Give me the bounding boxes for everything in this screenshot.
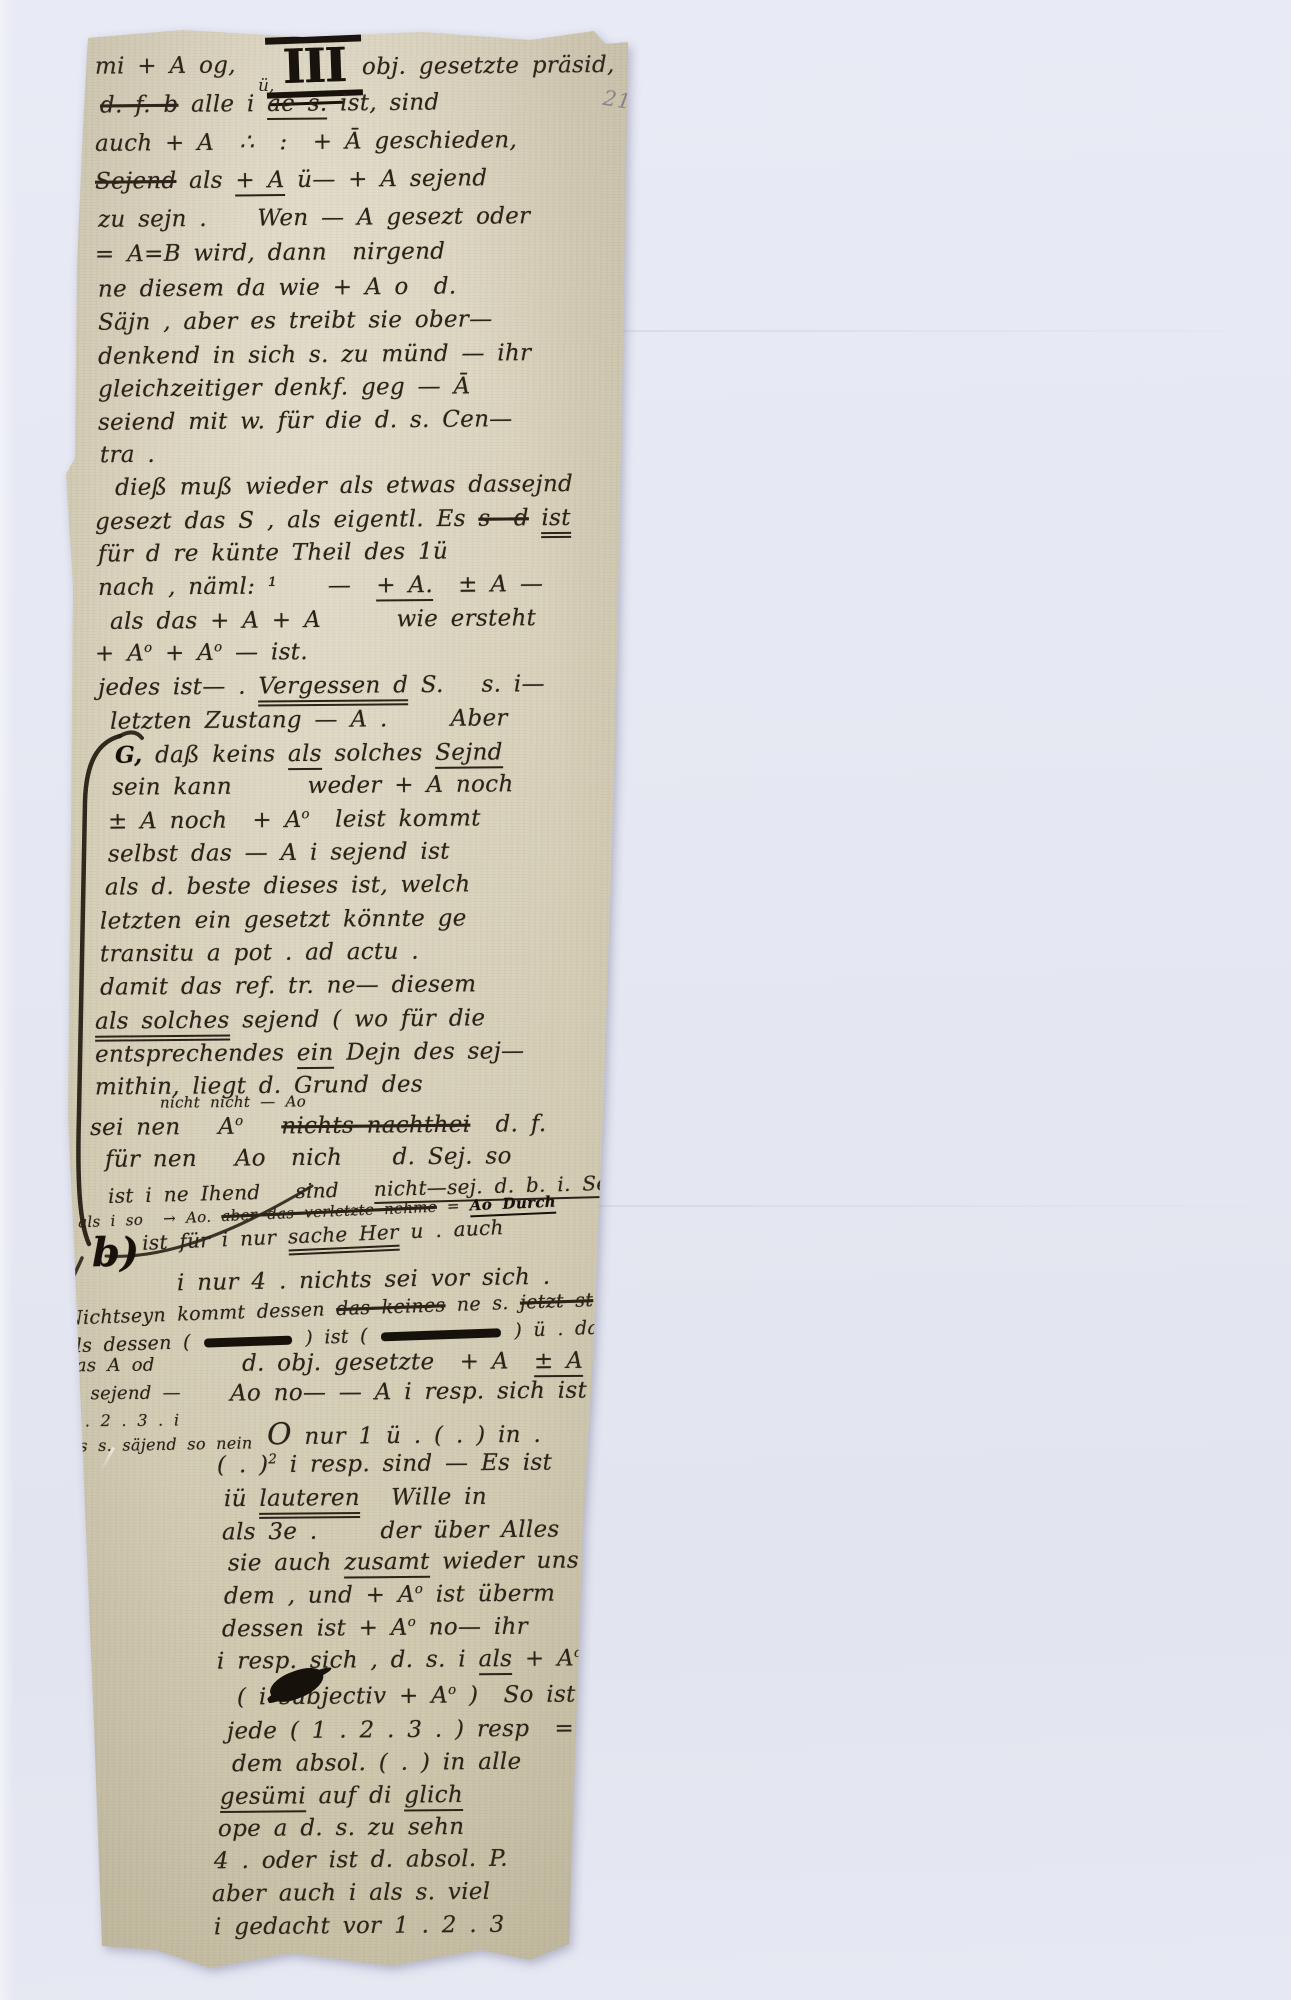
manuscript-line: jedes ist— . Vergessen d S. s. i— <box>98 672 545 701</box>
manuscript-line: ± A noch + Ao leist kommt <box>108 806 481 835</box>
text-segment: gesümi <box>220 1783 306 1813</box>
text-segment: ± A — <box>433 571 543 598</box>
text-segment: nicht nicht — Ao <box>160 1092 306 1111</box>
manuscript-line: mi + A og, <box>95 53 236 80</box>
text-segment: sein kann weder + A noch <box>112 771 514 801</box>
manuscript-line: letzten Zustang — A . Aber <box>110 706 508 735</box>
text-segment: als <box>176 167 235 194</box>
text-segment: Nichtseyn kommt dessen <box>66 1298 337 1329</box>
text-segment: ± A <box>534 1348 583 1377</box>
text-segment: jede ( 1 . 2 . 3 . ) resp = <box>227 1715 574 1744</box>
manuscript-line: Sejend als + A ü— + A sejend <box>95 166 488 195</box>
text-segment: ± A noch + A <box>108 807 302 835</box>
manuscript-line: iü lauteren Wille in <box>224 1485 487 1513</box>
manuscript-line: sein kann weder + A noch <box>112 772 514 801</box>
manuscript-line: dem , und + Ao ist überm <box>224 1582 555 1610</box>
heavy-strikeout-bar <box>204 1335 292 1347</box>
text-segment: G, <box>115 741 143 768</box>
text-segment: als d. beste dieses ist, welch <box>105 871 471 900</box>
manuscript-line: auch + A ∴ : + Ā geschieden, <box>95 128 517 157</box>
text-segment: mi + A og, <box>95 52 236 79</box>
text-segment: i resp. sind — Es ist <box>277 1450 552 1478</box>
text-segment: als dessen ( <box>64 1331 203 1358</box>
text-segment: u . auch <box>398 1215 504 1244</box>
text-segment: ü. f <box>583 1347 653 1374</box>
text-segment: seiend mit w. für die d. s. Cen— <box>98 406 513 436</box>
text-segment: ist überm <box>423 1581 555 1608</box>
manuscript-line: jede ( 1 . 2 . 3 . ) resp = <box>227 1716 574 1744</box>
text-segment: ) So ist <box>456 1682 575 1709</box>
text-segment: iü <box>224 1486 260 1512</box>
text-segment: lauteren <box>259 1485 360 1519</box>
section-heading-roman-numeral: III <box>265 34 363 98</box>
text-segment: + A. <box>376 572 433 601</box>
text-segment: gleichzeitiger denkf. geg — Ā <box>98 373 471 402</box>
text-segment: ) ü . das <box>503 1316 610 1342</box>
text-segment: selbst das — A i sejend ist <box>108 839 450 868</box>
manuscript-line: 1 . 2 . 3 . i <box>64 1411 179 1430</box>
manuscript-line: nicht nicht — Ao <box>160 1093 306 1111</box>
text-segment: = <box>436 1196 470 1215</box>
text-segment: nach , näml: ¹ — <box>98 573 377 601</box>
text-segment: damit das ref. tr. ne— diesem <box>100 971 477 1000</box>
manuscript-line: s. sejend — <box>64 1383 181 1404</box>
manuscript-line: ( . )2 i resp. sind — Es ist <box>217 1451 552 1479</box>
text-segment: als das + A + A wie ersteht <box>110 605 536 635</box>
text-segment: auf di <box>306 1782 405 1809</box>
manuscript-line: sie auch zusamt wieder uns <box>228 1548 579 1576</box>
manuscript-line: seiend mit w. für die d. s. Cen— <box>98 407 513 436</box>
text-segment: dem absol. ( . ) in alle <box>232 1749 522 1778</box>
text-segment: o <box>408 1615 416 1630</box>
text-segment: ist für i nur <box>142 1225 289 1255</box>
text-segment: ist <box>541 505 571 538</box>
manuscript-line: aber auch i als s. viel <box>212 1880 491 1908</box>
text-segment: tra . <box>100 442 155 468</box>
text-segment: Wille in <box>378 1484 487 1511</box>
text-segment: d. f. b <box>100 92 179 119</box>
text-segment: b) <box>92 1229 140 1276</box>
text-segment: sei nen A <box>90 1114 235 1141</box>
text-segment: ne diesem da wie + A o d. <box>98 273 457 302</box>
text-segment: ( i subjectiv + A <box>237 1683 448 1711</box>
text-segment: 4 . oder ist d. absol. P. <box>214 1846 508 1875</box>
text-segment: s—d <box>478 505 529 531</box>
text-segment: glich <box>404 1782 463 1812</box>
text-segment: obj. gesetzte präsid, <box>362 52 615 80</box>
text-segment: aber auch i als s. viel <box>212 1879 491 1907</box>
text-segment: dieß muß wieder als etwas dassejnd <box>115 471 573 501</box>
text-segment: das keines <box>336 1294 446 1320</box>
text-segment: S. s. i— <box>408 671 545 698</box>
text-segment: als 3e . der über Alles <box>222 1517 560 1546</box>
manuscript-line: b) <box>92 1231 140 1275</box>
scan-page: { "document": { "kind": "handwritten man… <box>0 0 1291 2000</box>
text-segment: + A <box>152 640 214 667</box>
text-segment: i nur 4 . nichts sei vor sich . <box>177 1264 551 1297</box>
text-segment: ein <box>297 1040 334 1069</box>
pencil-page-number: 21 <box>601 86 633 114</box>
manuscript-line: O nur 1 ü . ( . ) in . <box>267 1417 541 1452</box>
manuscript-line: sei nen Ao nichts nachthei d. f. <box>90 1112 547 1141</box>
manuscript-line: ope a d. s. zu sehn <box>218 1815 464 1842</box>
text-segment: zusamt <box>344 1549 430 1579</box>
manuscript-line: transitu a pot . ad actu . <box>100 940 419 968</box>
text-segment: denkend in sich s. zu münd — ihr <box>98 340 532 370</box>
manuscript-line: als das + A + A wie ersteht <box>110 606 536 635</box>
text-segment: auch + A ∴ : + Ā geschieden, <box>95 127 517 157</box>
manuscript-line: dieß muß wieder als etwas dassejnd <box>115 472 573 501</box>
manuscript-line: i resp. sich , d. s. i als + Ao <box>217 1646 583 1674</box>
text-segment: + A <box>95 641 144 667</box>
text-segment: Vergessen d <box>258 672 408 706</box>
text-segment: ü— + A sejend <box>284 165 487 193</box>
manuscript-line: tra . <box>100 443 155 469</box>
manuscript-line: entsprechendes ein Dejn des sej— <box>95 1039 525 1068</box>
text-segment: jedes ist— . <box>98 674 259 701</box>
text-segment: Ao Durch <box>469 1193 556 1218</box>
text-segment: o <box>235 1114 243 1129</box>
text-segment: 2 <box>268 1452 277 1467</box>
manuscript-line: obj. gesetzte präsid, <box>362 53 615 80</box>
text-segment <box>360 1485 373 1511</box>
text-segment: d. f. <box>470 1111 546 1138</box>
text-segment: ae s. <box>267 90 328 120</box>
manuscript-line: letzten ein gesetzt könnte ge <box>100 906 467 934</box>
manuscript-line: = A=B wird, dann nirgend <box>95 239 445 267</box>
text-segment: daß keins <box>142 741 288 768</box>
text-segment: Ao no— — A i resp. sich ist . <box>230 1377 607 1406</box>
manuscript-line: dessen ist + Ao no— ihr <box>222 1615 528 1643</box>
manuscript-line: d. obj. gesetzte + A ± A ü. f <box>242 1348 653 1377</box>
manuscript-line: G, daß keins als solches Sejnd <box>115 739 503 769</box>
text-segment: entsprechendes <box>95 1040 297 1068</box>
text-segment: solches <box>322 740 436 767</box>
text-segment: nur 1 ü . ( . ) in . <box>292 1422 541 1450</box>
text-segment: — ist. <box>222 639 308 666</box>
manuscript-line: gesümi auf di glich <box>220 1783 463 1810</box>
text-segment: d. obj. gesetzte + A <box>242 1348 534 1377</box>
manuscript-line: nach , näml: ¹ — + A. ± A — <box>98 572 543 601</box>
manuscript-line: für d re künte Theil des 1ü <box>98 539 448 567</box>
text-segment: für nen Ao nich d. Sej. so <box>105 1143 512 1173</box>
bracket-end-tick <box>71 1258 82 1282</box>
text-segment: jetzt st <box>520 1289 594 1314</box>
paper-surface: III ü, 21 mi + A og,obj. gesetzte präsid… <box>62 26 632 1976</box>
text-segment: sache Her <box>287 1220 399 1256</box>
text-segment: Sejnd <box>435 739 503 769</box>
text-segment: 1 . 2 . 3 . i <box>64 1410 180 1430</box>
text-segment: dem , und + A <box>224 1582 415 1610</box>
text-segment: o <box>301 807 309 822</box>
text-segment: ist, sind <box>327 90 439 117</box>
text-segment: ) ist ( <box>294 1325 380 1350</box>
manuscript-line: 4 . oder ist d. absol. P. <box>214 1847 508 1875</box>
backing-sheet-edge-highlight <box>0 0 14 2000</box>
manuscript-line: als d. beste dieses ist, welch <box>105 872 471 900</box>
manuscript-line: ne diesem da wie + A o d. <box>98 274 457 302</box>
manuscript-line: als 3e . der über Alles <box>222 1518 560 1546</box>
text-segment: Sejend <box>95 168 177 195</box>
manuscript-line: dem absol. ( . ) in alle <box>232 1750 522 1778</box>
text-segment: no— ihr <box>416 1614 528 1641</box>
text-segment: gesezt das S , als eigentl. Es <box>95 506 479 535</box>
text-segment: + A <box>512 1645 574 1672</box>
text-segment: wieder uns <box>430 1547 580 1574</box>
heavy-strikeout-bar <box>381 1328 501 1341</box>
text-segment: sie auch <box>228 1550 345 1577</box>
manuscript-line: zu sejn . Wen — A gesezt oder <box>98 204 531 233</box>
text-segment: sejend <box>593 1286 669 1311</box>
text-segment: i gedacht vor 1 . 2 . 3 <box>214 1912 505 1941</box>
manuscript-line: das A od <box>64 1356 155 1377</box>
manuscript-line: gleichzeitiger denkf. geg — Ā <box>98 374 471 403</box>
manuscript-line: damit das ref. tr. ne— diesem <box>100 972 477 1001</box>
text-segment: i resp. sich , d. s. i <box>217 1646 479 1674</box>
manuscript-paper-strip: III ü, 21 mi + A og,obj. gesetzte präsid… <box>62 26 632 1976</box>
text-segment: als solches <box>95 1008 230 1042</box>
text-segment: letzten Zustang — A . Aber <box>110 705 508 734</box>
text-segment: transitu a pot . ad actu . <box>100 939 419 968</box>
manuscript-line: i gedacht vor 1 . 2 . 3 <box>214 1913 505 1941</box>
manuscript-line: als solches sejend ( wo für die <box>95 1006 486 1035</box>
stray-pen-mark: ’ <box>74 1534 81 1559</box>
text-segment: zu sejn . Wen — A gesezt oder <box>98 203 531 233</box>
text-segment: nichts nachthei <box>281 1112 470 1140</box>
text-segment: als <box>288 741 322 770</box>
manuscript-line: Säjn , aber es treibt sie ober— <box>98 307 493 336</box>
manuscript-line: d. f. b alle i ae s. ist, sind <box>100 91 440 119</box>
text-segment: das A od <box>64 1355 155 1377</box>
text-segment: Dejn des sej— <box>333 1038 524 1066</box>
manuscript-line: Ao no— — A i resp. sich ist . <box>230 1378 607 1407</box>
text-segment: s. sejend — <box>64 1382 181 1404</box>
text-segment: O <box>267 1417 292 1452</box>
text-segment <box>529 505 542 531</box>
text-segment: ne s. <box>445 1292 520 1317</box>
text-segment: leist kommt <box>310 805 481 832</box>
manuscript-line: für nen Ao nich d. Sej. so <box>105 1144 512 1173</box>
manuscript-line: + Ao + Ao — ist. <box>95 640 308 667</box>
text-segment: dessen ist + A <box>222 1615 408 1643</box>
manuscript-line: gesezt das S , als eigentl. Es s—d ist <box>95 506 571 535</box>
text-segment: + A <box>235 167 284 196</box>
text-segment: ( . ) <box>217 1452 269 1478</box>
text-segment: sejend ( wo für die <box>229 1005 485 1033</box>
text-segment: als <box>478 1646 512 1675</box>
text-segment: für d re künte Theil des 1ü <box>98 538 448 567</box>
text-segment: o <box>574 1646 582 1661</box>
text-segment: ope a d. s. zu sehn <box>218 1814 464 1842</box>
manuscript-line: selbst das — A i sejend ist <box>108 840 450 868</box>
text-segment: = A=B wird, dann nirgend <box>95 238 445 267</box>
text-segment: alle i <box>178 91 267 118</box>
text-segment <box>243 1113 281 1139</box>
text-segment: letzten ein gesetzt könnte ge <box>100 905 467 934</box>
text-segment: Säjn , aber es treibt sie ober— <box>98 306 493 335</box>
manuscript-line: denkend in sich s. zu münd — ihr <box>98 341 532 370</box>
